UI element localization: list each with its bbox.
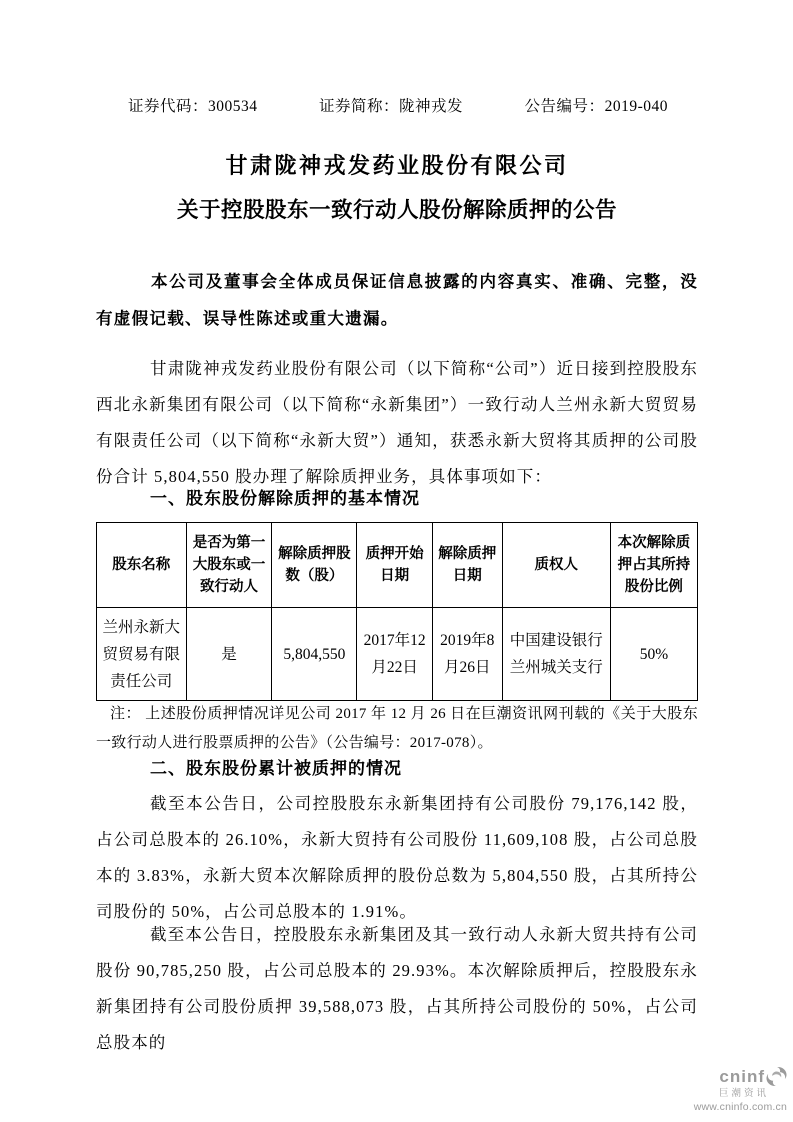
header-pledgee: 质权人 bbox=[502, 523, 610, 608]
announcement-number-label: 公告编号： bbox=[525, 98, 605, 115]
company-title: 甘肃陇神戎发药业股份有限公司 bbox=[96, 152, 698, 180]
header-ratio: 本次解除质押占其所持股份比例 bbox=[610, 523, 697, 608]
header-pledge-start-date: 质押开始日期 bbox=[357, 523, 433, 608]
table-note: 注： 上述股份质押情况详见公司 2017 年 12 月 26 日在巨潮资讯网刊载… bbox=[96, 700, 698, 758]
board-declaration: 本公司及董事会全体成员保证信息披露的内容真实、准确、完整，没有虚假记载、误导性陈… bbox=[96, 264, 698, 338]
cninfo-brand-chinese: 巨潮资讯 bbox=[667, 1089, 769, 1099]
header-release-date: 解除质押日期 bbox=[432, 523, 502, 608]
section-2-heading: 二、股东股份累计被质押的情况 bbox=[96, 757, 698, 781]
header-released-shares: 解除质押股数（股） bbox=[272, 523, 357, 608]
announcement-number: 公告编号：2019-040 bbox=[525, 96, 668, 118]
stock-name-label: 证券简称： bbox=[319, 98, 399, 115]
cell-pledge-start-date: 2017年12月22日 bbox=[357, 608, 433, 701]
section-2-paragraph-2: 截至本公告日，控股股东永新集团及其一致行动人永新大贸共持有公司股份 90,785… bbox=[96, 917, 698, 1061]
stock-code: 证券代码：300534 bbox=[128, 96, 258, 118]
cninfo-url: www.cninfo.com.cn bbox=[667, 1102, 787, 1113]
cell-ratio: 50% bbox=[610, 608, 697, 701]
stock-name-value: 陇神戎发 bbox=[399, 98, 463, 115]
pledge-release-table: 股东名称 是否为第一大股东或一致行动人 解除质押股数（股） 质押开始日期 解除质… bbox=[96, 522, 698, 701]
cninfo-brand-row: cninf bbox=[667, 1066, 787, 1087]
cninfo-watermark: cninf 巨潮资讯 www.cninfo.com.cn bbox=[667, 1066, 787, 1112]
announcement-number-value: 2019-040 bbox=[605, 98, 668, 115]
section-2-paragraph-1: 截至本公告日，公司控股股东永新集团持有公司股份 79,176,142 股，占公司… bbox=[96, 786, 698, 930]
announcement-page: 证券代码：300534 证券简称：陇神戎发 公告编号：2019-040 甘肃陇神… bbox=[0, 0, 793, 1122]
stock-code-value: 300534 bbox=[208, 98, 258, 115]
header-is-major-shareholder: 是否为第一大股东或一致行动人 bbox=[186, 523, 272, 608]
stock-code-label: 证券代码： bbox=[128, 98, 208, 115]
cell-is-major-shareholder: 是 bbox=[186, 608, 272, 701]
cninfo-swirl-icon bbox=[766, 1066, 787, 1087]
cell-shareholder-name: 兰州永新大贸贸易有限责任公司 bbox=[97, 608, 187, 701]
section-1-heading: 一、股东股份解除质押的基本情况 bbox=[96, 487, 698, 511]
cninfo-brand-text: cninf bbox=[719, 1068, 765, 1085]
announcement-title: 关于控股股东一致行动人股份解除质押的公告 bbox=[96, 196, 698, 224]
cell-release-date: 2019年8月26日 bbox=[432, 608, 502, 701]
securities-meta-line: 证券代码：300534 证券简称：陇神戎发 公告编号：2019-040 bbox=[96, 96, 698, 118]
table-header-row: 股东名称 是否为第一大股东或一致行动人 解除质押股数（股） 质押开始日期 解除质… bbox=[97, 523, 698, 608]
intro-paragraph: 甘肃陇神戎发药业股份有限公司（以下简称“公司”）近日接到控股股东西北永新集团有限… bbox=[96, 351, 698, 495]
pledge-release-table-wrap: 股东名称 是否为第一大股东或一致行动人 解除质押股数（股） 质押开始日期 解除质… bbox=[96, 522, 698, 701]
table-row: 兰州永新大贸贸易有限责任公司 是 5,804,550 2017年12月22日 2… bbox=[97, 608, 698, 701]
cell-released-shares: 5,804,550 bbox=[272, 608, 357, 701]
stock-name: 证券简称：陇神戎发 bbox=[319, 96, 463, 118]
header-shareholder-name: 股东名称 bbox=[97, 523, 187, 608]
cell-pledgee: 中国建设银行兰州城关支行 bbox=[502, 608, 610, 701]
